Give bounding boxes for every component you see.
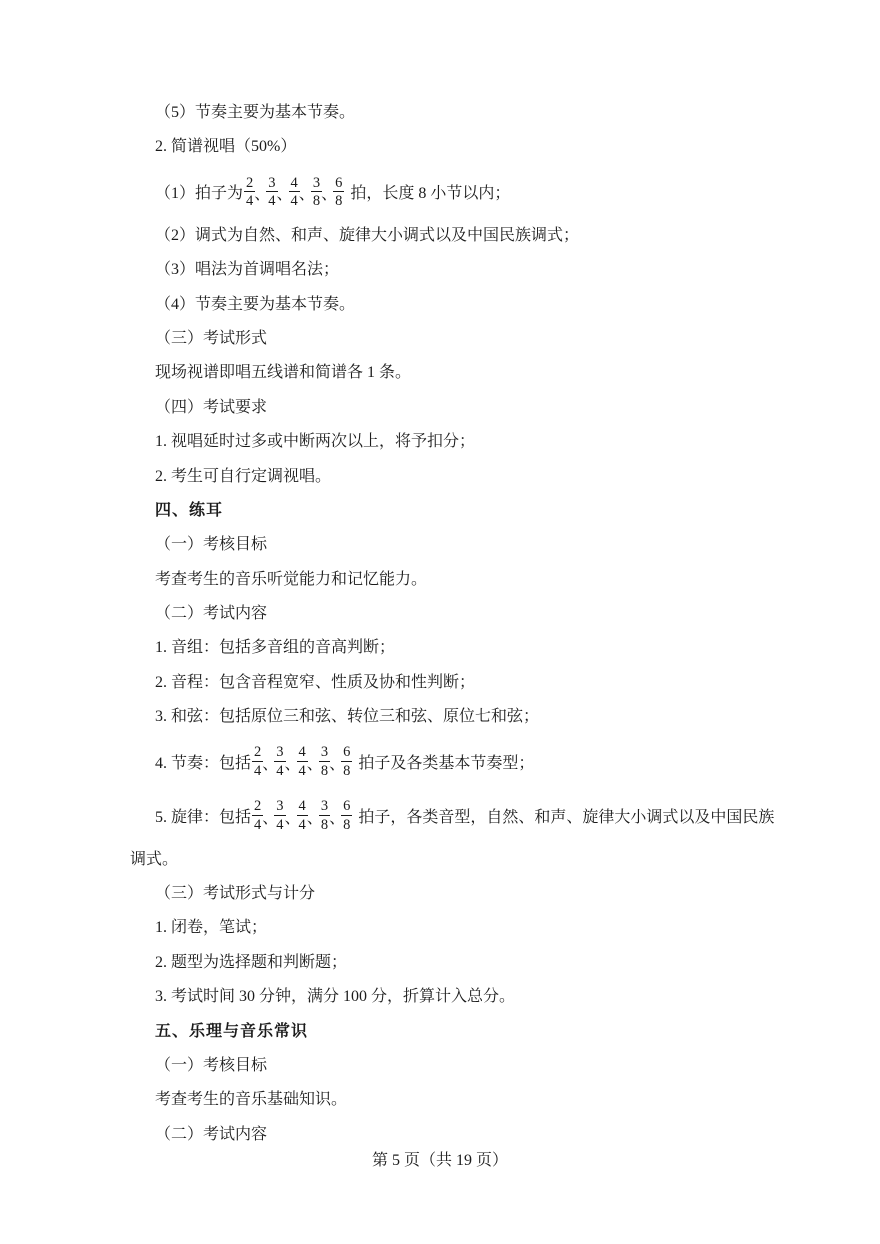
denominator: 4 <box>254 816 261 833</box>
page-number-footer: 第 5 页（共 19 页） <box>0 1147 880 1170</box>
paragraph-ear-5-continuation: 调式。 <box>130 843 758 877</box>
paragraph-item4-rhythm: （4）节奏主要为基本节奏。 <box>130 288 758 322</box>
ear5-suffix: 拍子，各类音型，自然、和声、旋律大小调式以及中国民族 <box>358 804 774 827</box>
paragraph-meter-spec: （1）拍子为 24 、 34 、 44 、 38 、 68 拍，长度 8 小节以… <box>130 165 758 219</box>
enumeration-comma: 、 <box>321 181 337 204</box>
paragraph-item5-rhythm: （5）节奏主要为基本节奏。 <box>130 96 758 130</box>
enumeration-comma: 、 <box>262 805 278 828</box>
ear4-suffix: 拍子及各类基本节奏型； <box>358 750 534 773</box>
heading-exam-requirements: （四）考试要求 <box>130 391 758 425</box>
heading-exam-content: （二）考试内容 <box>130 597 758 631</box>
denominator: 4 <box>254 762 261 779</box>
paragraph-ear-5-melody: 5. 旋律：包括 24 、 34 、 44 、 38 、 68 拍子，各类音型，… <box>130 789 758 843</box>
paragraph-score-3: 3. 考试时间 30 分钟，满分 100 分，折算计入总分。 <box>130 980 758 1014</box>
paragraph-goal2-desc: 考查考生的音乐基础知识。 <box>130 1083 758 1117</box>
heading-assessment-goal: （一）考核目标 <box>130 528 758 562</box>
paragraph-exam-form-desc: 现场视谱即唱五线谱和简谱各 1 条。 <box>130 356 758 390</box>
meter-prefix: （1）拍子为 <box>155 180 243 203</box>
section-title-music-theory: 五、乐理与音乐常识 <box>130 1015 758 1049</box>
paragraph-ear-1: 1. 音组：包括多音组的音高判断； <box>130 631 758 665</box>
paragraph-item2-mode: （2）调式为自然、和声、旋律大小调式以及中国民族调式； <box>130 219 758 253</box>
paragraph-item3-solfege: （3）唱法为首调唱名法； <box>130 253 758 287</box>
meter-suffix: 拍，长度 8 小节以内； <box>350 180 510 203</box>
enumeration-comma: 、 <box>307 805 323 828</box>
enumeration-comma: 、 <box>262 751 278 774</box>
heading-exam-form: （三）考试形式 <box>130 322 758 356</box>
document-page: （5）节奏主要为基本节奏。 2. 简谱视唱（50%） （1）拍子为 24 、 3… <box>0 0 880 1244</box>
paragraph-requirement-2: 2. 考生可自行定调视唱。 <box>130 460 758 494</box>
paragraph-score-2: 2. 题型为选择题和判断题； <box>130 946 758 980</box>
enumeration-comma: 、 <box>277 181 293 204</box>
enumeration-comma: 、 <box>329 751 345 774</box>
ear5-prefix: 5. 旋律：包括 <box>155 804 251 827</box>
paragraph-score-1: 1. 闭卷，笔试； <box>130 911 758 945</box>
paragraph-ear-2: 2. 音程：包含音程宽窄、性质及协和性判断； <box>130 666 758 700</box>
enumeration-comma: 、 <box>285 805 301 828</box>
enumeration-comma: 、 <box>329 805 345 828</box>
paragraph-ear-3: 3. 和弦：包括原位三和弦、转位三和弦、原位七和弦； <box>130 700 758 734</box>
paragraph-ear-4-rhythm: 4. 节奏：包括 24 、 34 、 44 、 38 、 68 拍子及各类基本节… <box>130 735 758 789</box>
enumeration-comma: 、 <box>307 751 323 774</box>
enumeration-comma: 、 <box>285 751 301 774</box>
document-body: （5）节奏主要为基本节奏。 2. 简谱视唱（50%） （1）拍子为 24 、 3… <box>130 96 758 1152</box>
heading-assessment-goal-2: （一）考核目标 <box>130 1049 758 1083</box>
paragraph-goal-desc: 考查考生的音乐听觉能力和记忆能力。 <box>130 563 758 597</box>
ear4-prefix: 4. 节奏：包括 <box>155 750 251 773</box>
paragraph-requirement-1: 1. 视唱延时过多或中断两次以上，将予扣分； <box>130 425 758 459</box>
enumeration-comma: 、 <box>254 181 270 204</box>
section-title-ear-training: 四、练耳 <box>130 494 758 528</box>
paragraph-sec2-jianpu: 2. 简谱视唱（50%） <box>130 130 758 164</box>
denominator: 4 <box>246 192 253 209</box>
heading-exam-form-scoring: （三）考试形式与计分 <box>130 877 758 911</box>
enumeration-comma: 、 <box>299 181 315 204</box>
